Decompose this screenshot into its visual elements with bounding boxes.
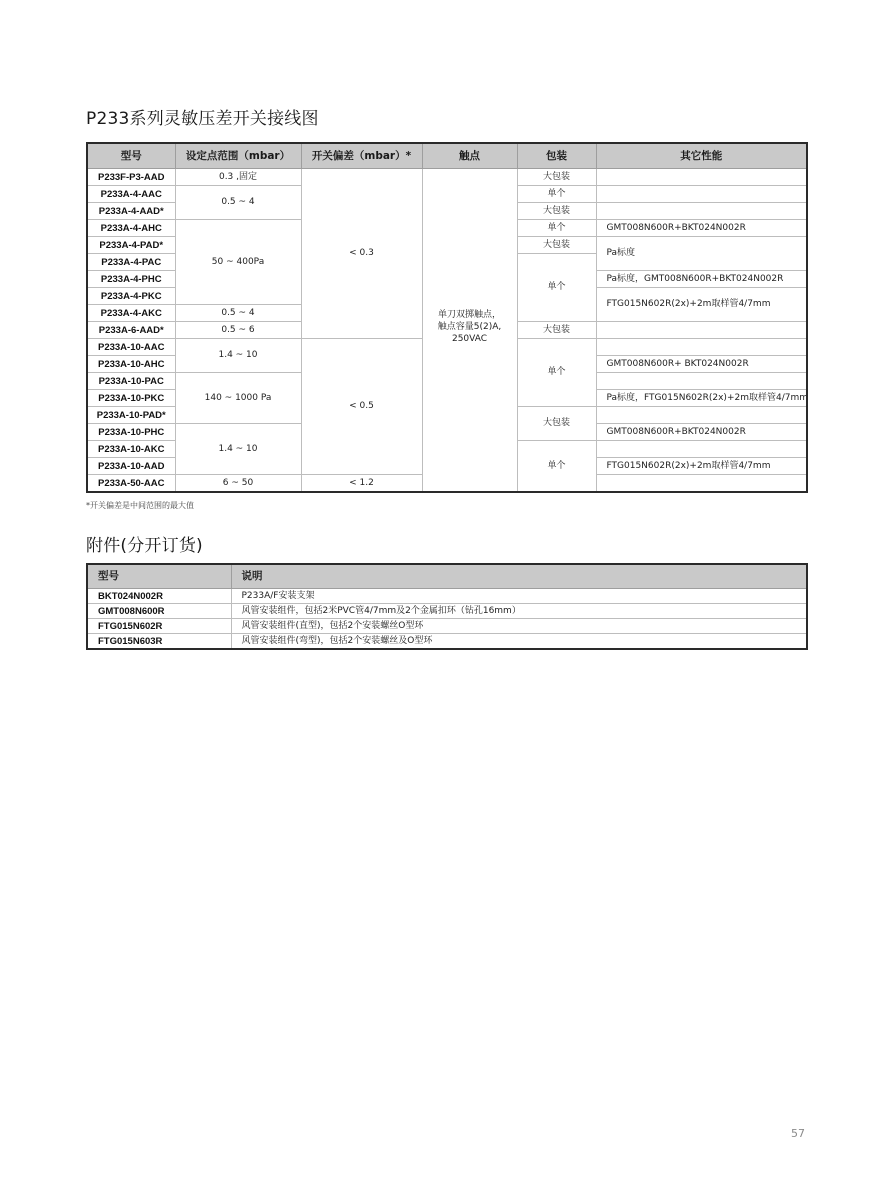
table-row: GMT008N600R 风管安装组件，包括2米PVC管4/7mm及2个金属扣环（… — [87, 604, 807, 619]
setpoint-cell: 50 ~ 400Pa — [175, 220, 301, 305]
model-cell: P233A-10-AHC — [87, 356, 175, 373]
other-cell: FTG015N602R(2x)+2m取样管4/7mm — [596, 458, 807, 475]
other-cell — [596, 169, 807, 186]
other-cell — [596, 203, 807, 220]
other-cell: FTG015N602R(2x)+2m取样管4/7mm — [596, 288, 807, 322]
header-model: 型号 — [87, 564, 231, 589]
table-row: FTG015N602R 风管安装组件(直型)，包括2个安装螺丝O型环 — [87, 619, 807, 634]
model-cell: P233A-10-AAD — [87, 458, 175, 475]
model-cell: P233A-10-AAC — [87, 339, 175, 356]
setpoint-cell: 1.4 ~ 10 — [175, 424, 301, 475]
model-cell: FTG015N603R — [87, 634, 231, 650]
model-cell: GMT008N600R — [87, 604, 231, 619]
packaging-cell: 单个 — [517, 186, 596, 203]
header-other: 其它性能 — [596, 143, 807, 169]
contact-line: 单刀双掷触点， — [427, 309, 513, 321]
packaging-cell: 单个 — [517, 220, 596, 237]
table-row: FTG015N603R 风管安装组件(弯型)，包括2个安装螺丝及O型环 — [87, 634, 807, 650]
other-cell: GMT008N600R+BKT024N002R — [596, 220, 807, 237]
setpoint-cell: 0.5 ~ 4 — [175, 305, 301, 322]
other-cell: Pa标度，GMT008N600R+BKT024N002R — [596, 271, 807, 288]
description-cell: 风管安装组件，包括2米PVC管4/7mm及2个金属扣环（钻孔16mm） — [231, 604, 807, 619]
other-cell — [596, 322, 807, 339]
model-cell: P233A-4-AAC — [87, 186, 175, 203]
setpoint-cell: 1.4 ~ 10 — [175, 339, 301, 373]
model-cell: P233A-10-PAD* — [87, 407, 175, 424]
other-cell — [596, 475, 807, 493]
deviation-cell: < 1.2 — [301, 475, 422, 493]
header-contact: 触点 — [422, 143, 517, 169]
setpoint-cell: 140 ~ 1000 Pa — [175, 373, 301, 424]
other-cell — [596, 441, 807, 458]
table-row: P233F-P3-AAD 0.3 ,固定 < 0.3 单刀双掷触点， 触点容量5… — [87, 169, 807, 186]
setpoint-cell: 0.3 ,固定 — [175, 169, 301, 186]
model-cell: BKT024N002R — [87, 589, 231, 604]
model-cell: P233A-6-AAD* — [87, 322, 175, 339]
packaging-cell: 大包装 — [517, 407, 596, 441]
header-model: 型号 — [87, 143, 175, 169]
packaging-cell: 大包装 — [517, 203, 596, 220]
model-cell: P233A-4-PKC — [87, 288, 175, 305]
other-cell — [596, 373, 807, 390]
deviation-cell: < 0.3 — [301, 169, 422, 339]
contact-line: 触点容量5(2)A, — [427, 321, 513, 333]
section-title-accessories: 附件(分开订货) — [86, 531, 203, 556]
model-cell: P233A-4-PAD* — [87, 237, 175, 254]
table-header-row: 型号 设定点范围（mbar） 开关偏差（mbar）* 触点 包装 其它性能 — [87, 143, 807, 169]
footnote: *开关偏差是中间范围的最大值 — [86, 500, 194, 511]
header-deviation: 开关偏差（mbar）* — [301, 143, 422, 169]
model-cell: P233A-50-AAC — [87, 475, 175, 493]
model-cell: P233A-10-PAC — [87, 373, 175, 390]
description-cell: 风管安装组件(弯型)，包括2个安装螺丝及O型环 — [231, 634, 807, 650]
model-cell: P233A-10-PHC — [87, 424, 175, 441]
contact-line: 250VAC — [427, 333, 513, 345]
model-cell: P233F-P3-AAD — [87, 169, 175, 186]
table-row: BKT024N002R P233A/F安装支架 — [87, 589, 807, 604]
packaging-cell: 单个 — [517, 254, 596, 322]
model-cell: P233A-4-AKC — [87, 305, 175, 322]
model-cell: P233A-4-PAC — [87, 254, 175, 271]
other-cell: Pa标度 — [596, 237, 807, 271]
model-cell: P233A-10-AKC — [87, 441, 175, 458]
other-cell — [596, 407, 807, 424]
table-header-row: 型号 说明 — [87, 564, 807, 589]
model-cell: FTG015N602R — [87, 619, 231, 634]
accessories-table: 型号 说明 BKT024N002R P233A/F安装支架 GMT008N600… — [86, 563, 808, 650]
packaging-cell: 大包装 — [517, 322, 596, 339]
other-cell: Pa标度，FTG015N602R(2x)+2m取样管4/7mm — [596, 390, 807, 407]
contact-cell: 单刀双掷触点， 触点容量5(2)A, 250VAC — [422, 169, 517, 493]
packaging-cell: 大包装 — [517, 237, 596, 254]
other-cell — [596, 339, 807, 356]
section-title-wiring: P233系列灵敏压差开关接线图 — [86, 104, 319, 129]
setpoint-cell: 0.5 ~ 4 — [175, 186, 301, 220]
other-cell — [596, 186, 807, 203]
other-cell: GMT008N600R+ BKT024N002R — [596, 356, 807, 373]
setpoint-cell: 6 ~ 50 — [175, 475, 301, 493]
description-cell: 风管安装组件(直型)，包括2个安装螺丝O型环 — [231, 619, 807, 634]
setpoint-cell: 0.5 ~ 6 — [175, 322, 301, 339]
description-cell: P233A/F安装支架 — [231, 589, 807, 604]
other-cell: GMT008N600R+BKT024N002R — [596, 424, 807, 441]
model-cell: P233A-4-PHC — [87, 271, 175, 288]
header-packaging: 包装 — [517, 143, 596, 169]
header-setpoint: 设定点范围（mbar） — [175, 143, 301, 169]
packaging-cell: 单个 — [517, 339, 596, 407]
page-number: 57 — [791, 1127, 805, 1140]
deviation-cell: < 0.5 — [301, 339, 422, 475]
packaging-cell: 大包装 — [517, 169, 596, 186]
switch-spec-table: 型号 设定点范围（mbar） 开关偏差（mbar）* 触点 包装 其它性能 P2… — [86, 142, 808, 493]
model-cell: P233A-4-AHC — [87, 220, 175, 237]
packaging-cell: 单个 — [517, 441, 596, 493]
model-cell: P233A-10-PKC — [87, 390, 175, 407]
header-description: 说明 — [231, 564, 807, 589]
model-cell: P233A-4-AAD* — [87, 203, 175, 220]
